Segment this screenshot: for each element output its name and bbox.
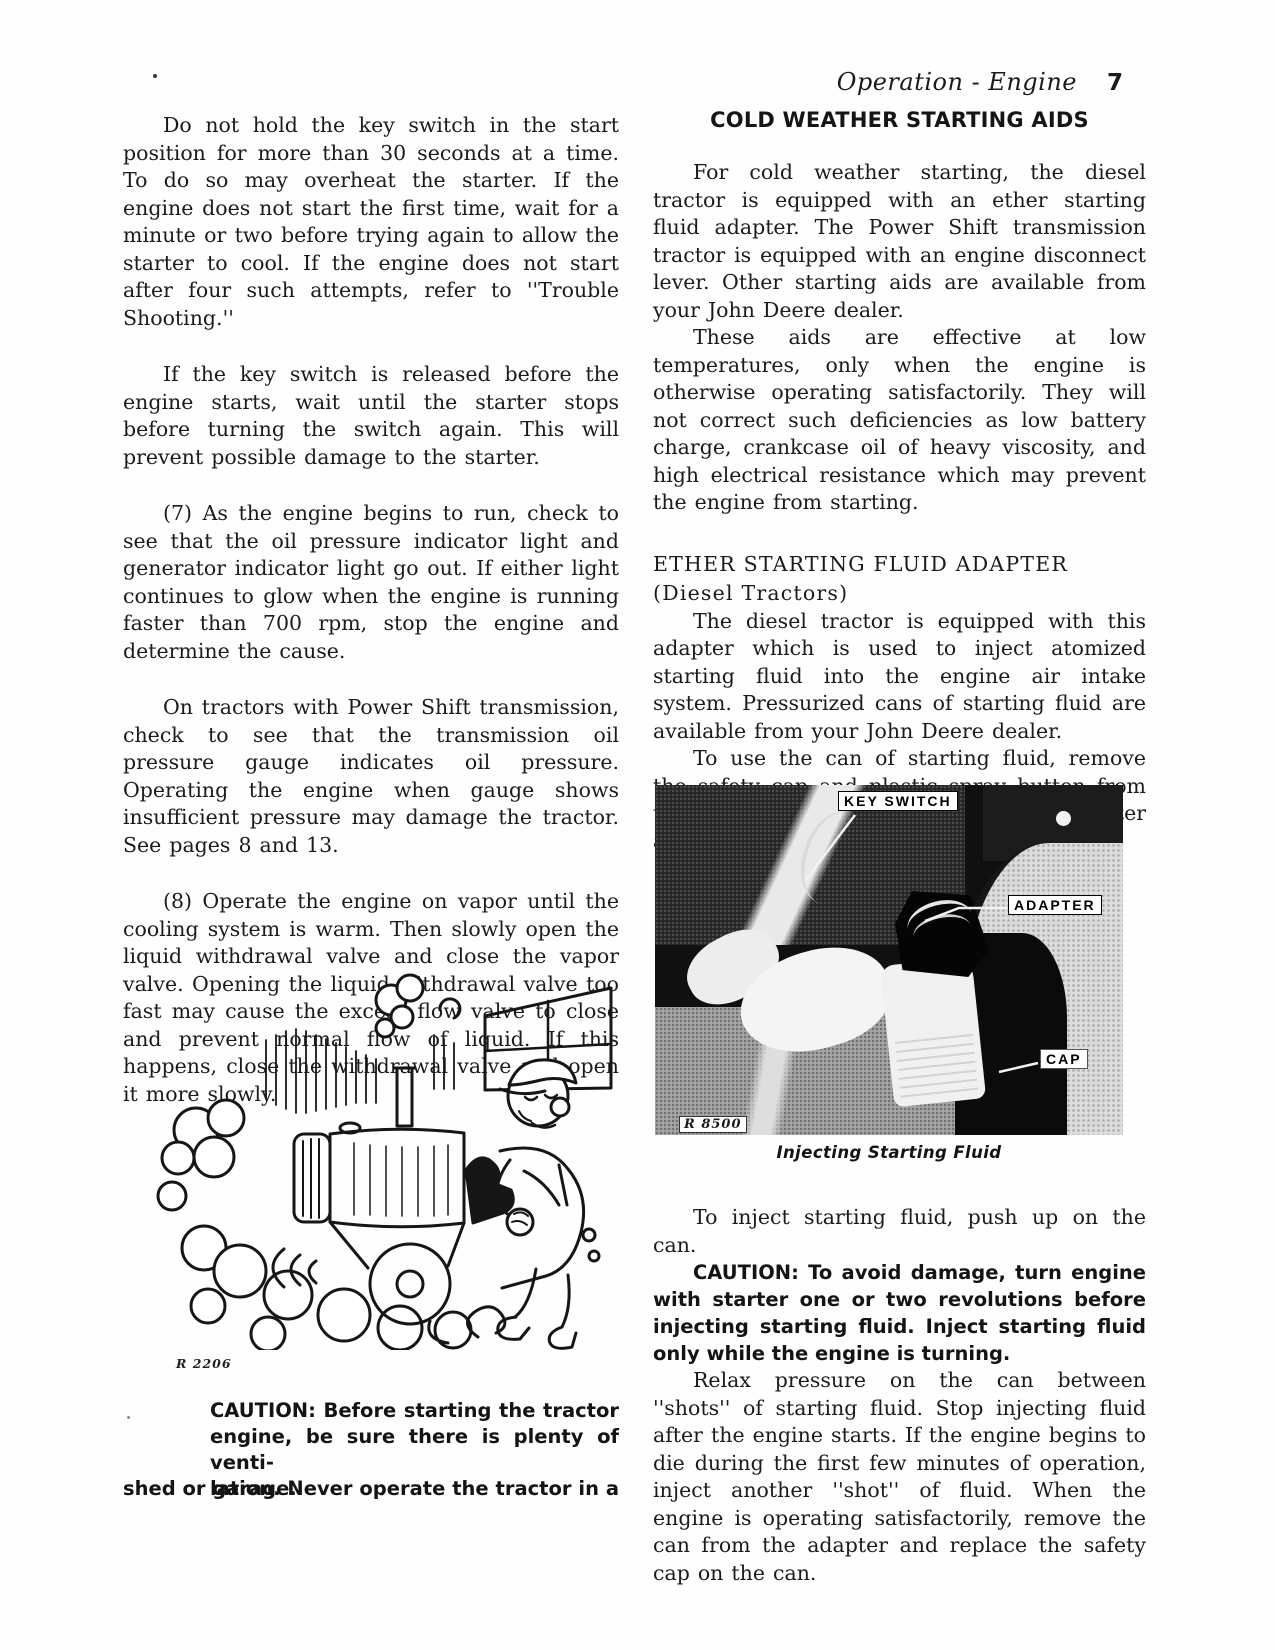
photo-label-adapter: ADAPTER bbox=[1008, 895, 1102, 915]
photo-injecting-starting-fluid: KEY SWITCH ADAPTER CAP R 8500 bbox=[655, 785, 1123, 1135]
paragraph-power-shift: On tractors with Power Shift transmissio… bbox=[123, 694, 619, 859]
page-number: 7 bbox=[1107, 70, 1123, 96]
photo-label-cap: CAP bbox=[1040, 1049, 1088, 1069]
paragraph-step-7: (7) As the engine begins to run, check t… bbox=[123, 500, 619, 665]
paragraph-cold-weather: For cold weather starting, the diesel tr… bbox=[653, 159, 1146, 324]
subheading-line2: (Diesel Tractors) bbox=[653, 579, 1146, 608]
photo-caption: Injecting Starting Fluid bbox=[655, 1143, 1123, 1162]
cartoon-tractor-exhaust-illustration bbox=[148, 938, 620, 1350]
paragraph-key-switch-release: If the key switch is released before the… bbox=[123, 361, 619, 471]
running-header: Operation - Engine7 bbox=[653, 68, 1123, 96]
caution-turn-engine: CAUTION: To avoid damage, turn engine wi… bbox=[653, 1259, 1146, 1367]
subheading-line1: ETHER STARTING FLUID ADAPTER bbox=[653, 550, 1146, 579]
manual-page: Operation - Engine7 Do not hold the key … bbox=[0, 0, 1275, 1650]
caution-ventilation-line: CAUTION: Before starting the tractor bbox=[210, 1398, 619, 1424]
section-heading-cold-weather: COLD WEATHER STARTING AIDS bbox=[653, 108, 1146, 132]
paragraph-diesel-adapter: The diesel tractor is equipped with this… bbox=[653, 608, 1146, 746]
subheading-ether-adapter: ETHER STARTING FLUID ADAPTER (Diesel Tra… bbox=[653, 550, 1146, 608]
photo-label-key-switch: KEY SWITCH bbox=[838, 791, 958, 811]
scan-artifact-dot bbox=[127, 1416, 130, 1419]
paragraph-key-switch-hold: Do not hold the key switch in the start … bbox=[123, 112, 619, 332]
scan-artifact-dot bbox=[153, 74, 157, 78]
right-column: COLD WEATHER STARTING AIDS For cold weat… bbox=[653, 108, 1146, 855]
caution-ventilation: CAUTION: Before starting the tractor eng… bbox=[210, 1398, 619, 1502]
figure-number-cartoon: R 2206 bbox=[176, 1356, 232, 1371]
paragraph-inject-fluid: To inject starting fluid, push up on the… bbox=[653, 1204, 1146, 1259]
paragraph-aids-effective: These aids are effective at low temperat… bbox=[653, 324, 1146, 517]
photo-leader-lines bbox=[655, 785, 1123, 1135]
running-header-title: Operation - Engine bbox=[837, 68, 1077, 96]
caution-ventilation-line: engine, be sure there is plenty of venti… bbox=[210, 1424, 619, 1476]
paragraph-relax-pressure: Relax pressure on the can between ''shot… bbox=[653, 1367, 1146, 1587]
right-column-bottom: To inject starting fluid, push up on the… bbox=[653, 1204, 1146, 1587]
caution-ventilation-line: shed or garage. bbox=[123, 1476, 297, 1502]
figure-number-photo: R 8500 bbox=[679, 1116, 747, 1133]
